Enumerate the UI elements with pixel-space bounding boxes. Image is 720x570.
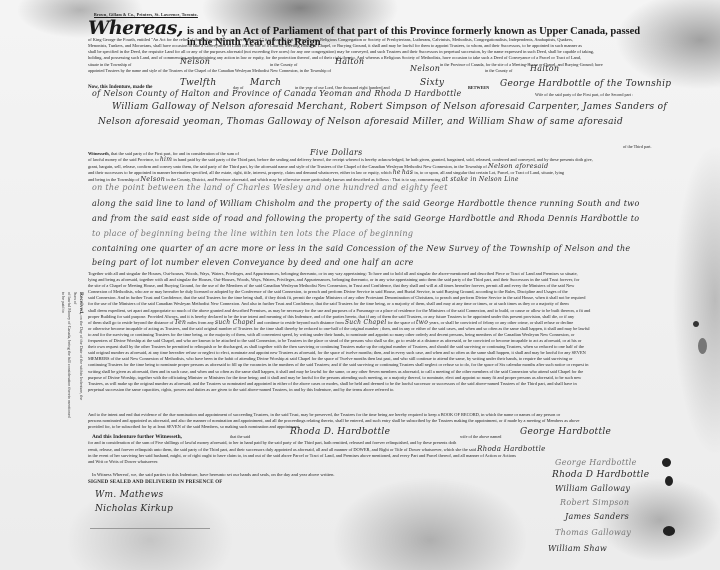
preamble-label: in the County of [485,68,512,73]
scanned-deed-page: Brown, Gillam & Co., Printers, St. Lawre… [0,0,720,570]
commencing-fill: at stake in Nelson Line [442,176,519,183]
dower-text: wife of the above named [460,434,501,439]
receipt-text: of lawful Money of Canada, being the ful… [66,292,72,477]
clause-line: purpose of Divine Worship, together with… [88,375,643,381]
clause-line: Trustees, as will make up the original n… [88,381,643,387]
third-party-fill: William Galloway of Nelson aforesaid Mer… [112,102,667,112]
clause-text: miles from any [187,320,214,325]
third-party-fill: Nelson aforesaid yeoman, Thomas Galloway… [98,117,623,127]
receipt-title: Received, [78,292,84,314]
clause-text: and continue to reside beyond such dista… [257,320,344,325]
margin-receipt: Received, on the Day of the Date of the … [60,292,84,477]
pronoun-fill: he [393,169,401,176]
distance-fill: Ten [174,319,186,326]
clause-line: for the use of the Ministers of the said… [88,301,643,307]
land-description-line: and from the said east side of road and … [92,214,639,223]
habendum-clause: Together with all and singular the House… [88,271,643,393]
signed-sealed-label: SIGNED SEALED AND DELIVERED IN PRESENCE … [88,480,223,485]
clause-text: of lawful money of the said Province, to [88,157,159,162]
signature-line [90,528,210,529]
clause-line: writing shall be given as aforesaid, the… [88,369,643,375]
third-part-label: of the Third part. [623,144,652,149]
month-fill: March [250,78,281,88]
wife-label: Wife of the said party of the First part… [535,92,633,97]
dower-text: that the said [230,434,250,439]
place-fill: Such Chapel [345,319,387,326]
ink-blot [698,338,707,354]
party-signature: George Hardbottle [555,458,637,467]
preamble-label: situate in the Township of [88,62,131,67]
clause-text: of them shall go to reside beyond the di… [88,320,173,325]
clause-line: shall deem expedient, set apart and appr… [88,308,643,314]
party-signature: James Sanders [565,512,629,521]
wax-seal [663,526,675,536]
clause-text: in, to or upon, all and singular that ce… [414,170,564,175]
year-fill: Sixty [420,78,444,88]
party-signature: Thomas Galloway [555,528,631,537]
party-signature: William Shaw [548,544,607,553]
county-fill: Halton [335,57,364,66]
place-fill: such Chapel [215,319,256,326]
clause-text: years, or shall be convicted of felony o… [429,320,573,325]
clause-text: grant, bargain, sell, release, confirm a… [88,164,487,169]
preamble-label: in the Province of Canada, for the site … [440,62,603,67]
ink-blot [693,321,699,327]
preamble-label: in the County of [270,62,297,67]
between-label: BETWEEN [468,85,489,90]
land-description-line: being part of lot number eleven Conveyan… [92,258,414,267]
preamble-line: holding, and possessing such Land, and o… [88,55,643,61]
day-fill: Twelfth [180,78,216,88]
township-fill: Nelson [180,57,210,66]
first-party-fill: George Hardbottle of the Township [500,79,671,89]
receipt-text: on the Day of the Date of the within Ind… [79,316,84,401]
wife-name-fill: Rhoda D. Hardbottle [290,427,390,437]
whereas-heading-word: Whereas, [88,17,183,39]
clause-text: for the space of [388,320,415,325]
clause-text: that the said party of the First part, f… [111,151,239,156]
county-fill: Halton [530,64,559,73]
land-description-line: on the point between the land of Charles… [92,183,448,192]
clause-text: in the County, District, and Province af… [166,177,440,182]
wax-seal [665,476,673,486]
party-signature: William Galloway [555,484,630,493]
sum-fill: Five Dollars [310,148,363,157]
township-fill: Nelson aforesaid [488,162,549,170]
party-signature: Rhoda D Hardbottle [552,470,649,480]
land-description-line: containing one quarter of an acre more o… [92,244,630,253]
preamble-label: appointed Trustees by the name and style… [88,68,518,73]
witnesseth-clause: Witnesseth, that the said party of the F… [88,150,643,183]
clause-text: and being in the Township of [88,177,139,182]
husband-name-fill: George Hardbottle [520,427,611,437]
party-signature: Robert Simpson [560,498,629,507]
witnesseth-lead: Witnesseth, [88,151,110,156]
wax-seal [662,458,671,467]
township-fill: Nelson [410,64,440,73]
land-description-line: along the said line to land of William C… [92,199,640,208]
testimonium: In Witness Whereof, we, the said parties… [92,472,335,477]
wife-name-fill: Rhoda Hardbottle [477,445,545,453]
first-party-fill: of Nelson County of Halton and Province … [92,89,461,98]
clause-text: and their successors to be appointed in … [88,170,392,175]
clause-line: perpetual succession the same capacities… [88,387,643,393]
clause-line: continuing Trustees for the time being t… [88,362,643,368]
witness-signature: Nicholas Kirkup [95,504,173,514]
clause-text: remit, release, and forever relinquish u… [88,447,476,452]
payee-fill: him [160,156,172,163]
years-fill: two [416,319,428,326]
preamble: of King George the Fourth, entitled "An … [88,37,643,61]
land-description-line: to place of beginning being the line wit… [92,229,413,238]
verb-fill: has [402,169,413,176]
witness-signature: Wm. Mathews [95,490,163,500]
